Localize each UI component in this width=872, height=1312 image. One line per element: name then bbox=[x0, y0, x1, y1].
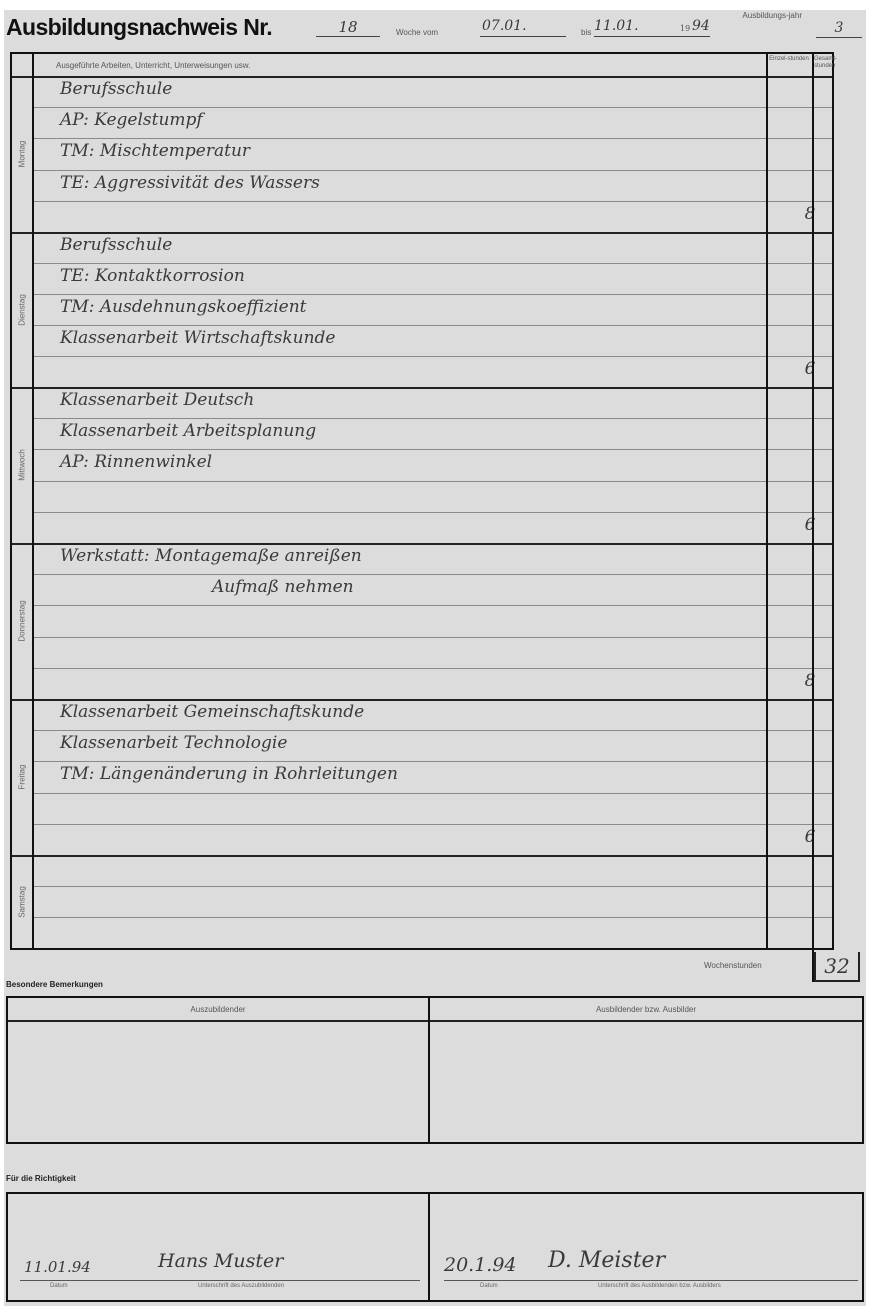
log-entry[interactable]: Klassenarbeit Wirtschaftskunde bbox=[60, 328, 336, 348]
remarks-trainer-field[interactable] bbox=[434, 1024, 860, 1140]
log-entry[interactable]: Aufmaß nehmen bbox=[212, 577, 354, 597]
total-hours-divider bbox=[812, 54, 814, 982]
week-to-field[interactable]: 11.01. 19 94 bbox=[594, 18, 710, 37]
trainer-signature[interactable]: D. Meister bbox=[548, 1248, 665, 1273]
log-entry[interactable]: Werkstatt: Montagemaße anreißen bbox=[60, 546, 362, 566]
ruled-line bbox=[34, 263, 832, 264]
day-label-text: Dienstag bbox=[18, 294, 27, 326]
log-entry[interactable]: Klassenarbeit Arbeitsplanung bbox=[60, 421, 316, 441]
ruled-line bbox=[34, 574, 832, 575]
trainer-sign-caption: Unterschrift des Ausbildenden bzw. Ausbi… bbox=[598, 1283, 721, 1289]
day-label-text: Freitag bbox=[18, 765, 27, 790]
log-entry[interactable]: Berufsschule bbox=[60, 235, 172, 255]
log-entry[interactable]: TM: Längenänderung in Rohrleitungen bbox=[60, 764, 398, 784]
ruled-line bbox=[34, 730, 832, 731]
form-title: Ausbildungsnachweis Nr. bbox=[6, 14, 272, 41]
day-total-hours[interactable]: 8 bbox=[788, 204, 832, 224]
ruled-line bbox=[34, 356, 832, 357]
ruled-line bbox=[34, 886, 832, 887]
week-from-field[interactable]: 07.01. bbox=[480, 18, 566, 37]
day-block-mittwoch: MittwochKlassenarbeit DeutschKlassenarbe… bbox=[12, 387, 832, 545]
remarks-header-divider bbox=[8, 1020, 862, 1022]
ruled-line bbox=[34, 605, 832, 606]
ruled-line bbox=[34, 481, 832, 482]
day-total-hours[interactable]: 6 bbox=[788, 515, 832, 535]
trainee-sign-caption: Unterschrift des Auszubildenden bbox=[198, 1283, 284, 1289]
day-total-hours[interactable]: 8 bbox=[788, 671, 832, 691]
ruled-line bbox=[34, 170, 832, 171]
day-label: Dienstag bbox=[12, 232, 34, 387]
day-label: Mittwoch bbox=[12, 387, 34, 543]
remarks-trainer-header: Ausbildender bzw. Ausbilder bbox=[430, 1005, 862, 1014]
year-prefix: 19 bbox=[680, 24, 690, 33]
log-entry[interactable]: TM: Ausdehnungskoeffizient bbox=[60, 297, 306, 317]
week-from-label: Woche vom bbox=[396, 28, 438, 37]
table-header: Ausgeführte Arbeiten, Unterricht, Unterw… bbox=[12, 54, 832, 78]
week-to-value: 11.01. bbox=[594, 18, 639, 34]
weekly-hours-field[interactable]: 32 bbox=[814, 952, 860, 982]
ruled-line bbox=[34, 325, 832, 326]
day-block-donnerstag: DonnerstagWerkstatt: Montagemaße anreiße… bbox=[12, 543, 832, 701]
remarks-box: Auszubildender Ausbildender bzw. Ausbild… bbox=[6, 996, 864, 1144]
ruled-line bbox=[34, 512, 832, 513]
log-entry[interactable]: TE: Aggressivität des Wassers bbox=[60, 173, 320, 193]
day-label-text: Donnerstag bbox=[18, 600, 27, 641]
ruled-line bbox=[34, 138, 832, 139]
ruled-line bbox=[34, 637, 832, 638]
day-block-dienstag: DienstagBerufsschuleTE: Kontaktkorrosion… bbox=[12, 232, 832, 389]
day-label: Montag bbox=[12, 76, 34, 232]
ruled-line bbox=[34, 761, 832, 762]
trainee-date-caption: Datum bbox=[50, 1283, 68, 1289]
ruled-line bbox=[34, 294, 832, 295]
ruled-line bbox=[34, 418, 832, 419]
ruled-line bbox=[34, 107, 832, 108]
log-entry[interactable]: AP: Rinnenwinkel bbox=[60, 452, 212, 472]
day-label: Samstag bbox=[12, 855, 34, 948]
ruled-line bbox=[34, 449, 832, 450]
trainer-date-field[interactable]: 20.1.94 bbox=[444, 1254, 517, 1276]
day-label: Donnerstag bbox=[12, 543, 34, 699]
remarks-title: Besondere Bemerkungen bbox=[6, 980, 103, 989]
day-column-header bbox=[12, 54, 34, 76]
ruled-line bbox=[34, 793, 832, 794]
single-hours-divider bbox=[766, 54, 768, 948]
trainee-signature[interactable]: Hans Muster bbox=[158, 1250, 283, 1272]
trainee-sign-line bbox=[20, 1280, 420, 1281]
day-label-text: Samstag bbox=[18, 886, 27, 918]
certification-title: Für die Richtigkeit bbox=[6, 1174, 76, 1183]
day-label: Freitag bbox=[12, 699, 34, 855]
certification-box: 11.01.94 Hans Muster Datum Unterschrift … bbox=[6, 1192, 864, 1302]
description-column-header: Ausgeführte Arbeiten, Unterricht, Unterw… bbox=[56, 61, 250, 70]
remarks-trainee-header: Auszubildender bbox=[8, 1005, 428, 1014]
day-label-text: Mittwoch bbox=[18, 449, 27, 481]
trainee-date-field[interactable]: 11.01.94 bbox=[24, 1258, 91, 1276]
log-entry[interactable]: TE: Kontaktkorrosion bbox=[60, 266, 245, 286]
log-entry[interactable]: Klassenarbeit Technologie bbox=[60, 733, 287, 753]
day-label-text: Montag bbox=[18, 141, 27, 168]
day-total-hours[interactable]: 6 bbox=[788, 827, 832, 847]
ruled-line bbox=[34, 917, 832, 918]
log-entry[interactable]: Berufsschule bbox=[60, 79, 172, 99]
trainer-sign-line bbox=[444, 1280, 858, 1281]
log-entry[interactable]: Klassenarbeit Deutsch bbox=[60, 390, 254, 410]
day-block-samstag: Samstag bbox=[12, 855, 832, 948]
single-hours-header: Einzel-stunden bbox=[768, 56, 810, 63]
log-entry[interactable]: AP: Kegelstumpf bbox=[60, 110, 203, 130]
weekly-hours-label: Wochenstunden bbox=[704, 961, 762, 970]
ruled-line bbox=[34, 824, 832, 825]
ruled-line bbox=[34, 668, 832, 669]
report-number-field[interactable]: 18 bbox=[316, 18, 380, 37]
day-total-hours[interactable]: 6 bbox=[788, 359, 832, 379]
weekly-log-table: Ausgeführte Arbeiten, Unterricht, Unterw… bbox=[10, 52, 834, 950]
log-entry[interactable]: TM: Mischtemperatur bbox=[60, 141, 250, 161]
training-year-label: Ausbildungs-jahr bbox=[742, 11, 802, 20]
week-to-label: bis bbox=[581, 28, 591, 37]
total-hours-header: Gesamt-stunden bbox=[814, 56, 834, 70]
log-entry[interactable]: Klassenarbeit Gemeinschaftskunde bbox=[60, 702, 364, 722]
day-block-montag: MontagBerufsschuleAP: KegelstumpfTM: Mis… bbox=[12, 76, 832, 234]
day-block-freitag: FreitagKlassenarbeit GemeinschaftskundeK… bbox=[12, 699, 832, 857]
year-suffix: 94 bbox=[692, 18, 710, 34]
trainer-date-caption: Datum bbox=[480, 1283, 498, 1289]
ruled-line bbox=[34, 201, 832, 202]
remarks-trainee-field[interactable] bbox=[10, 1024, 424, 1140]
remarks-column-divider bbox=[428, 998, 430, 1142]
training-year-field[interactable]: 3 bbox=[816, 20, 862, 38]
certification-column-divider bbox=[428, 1194, 430, 1300]
